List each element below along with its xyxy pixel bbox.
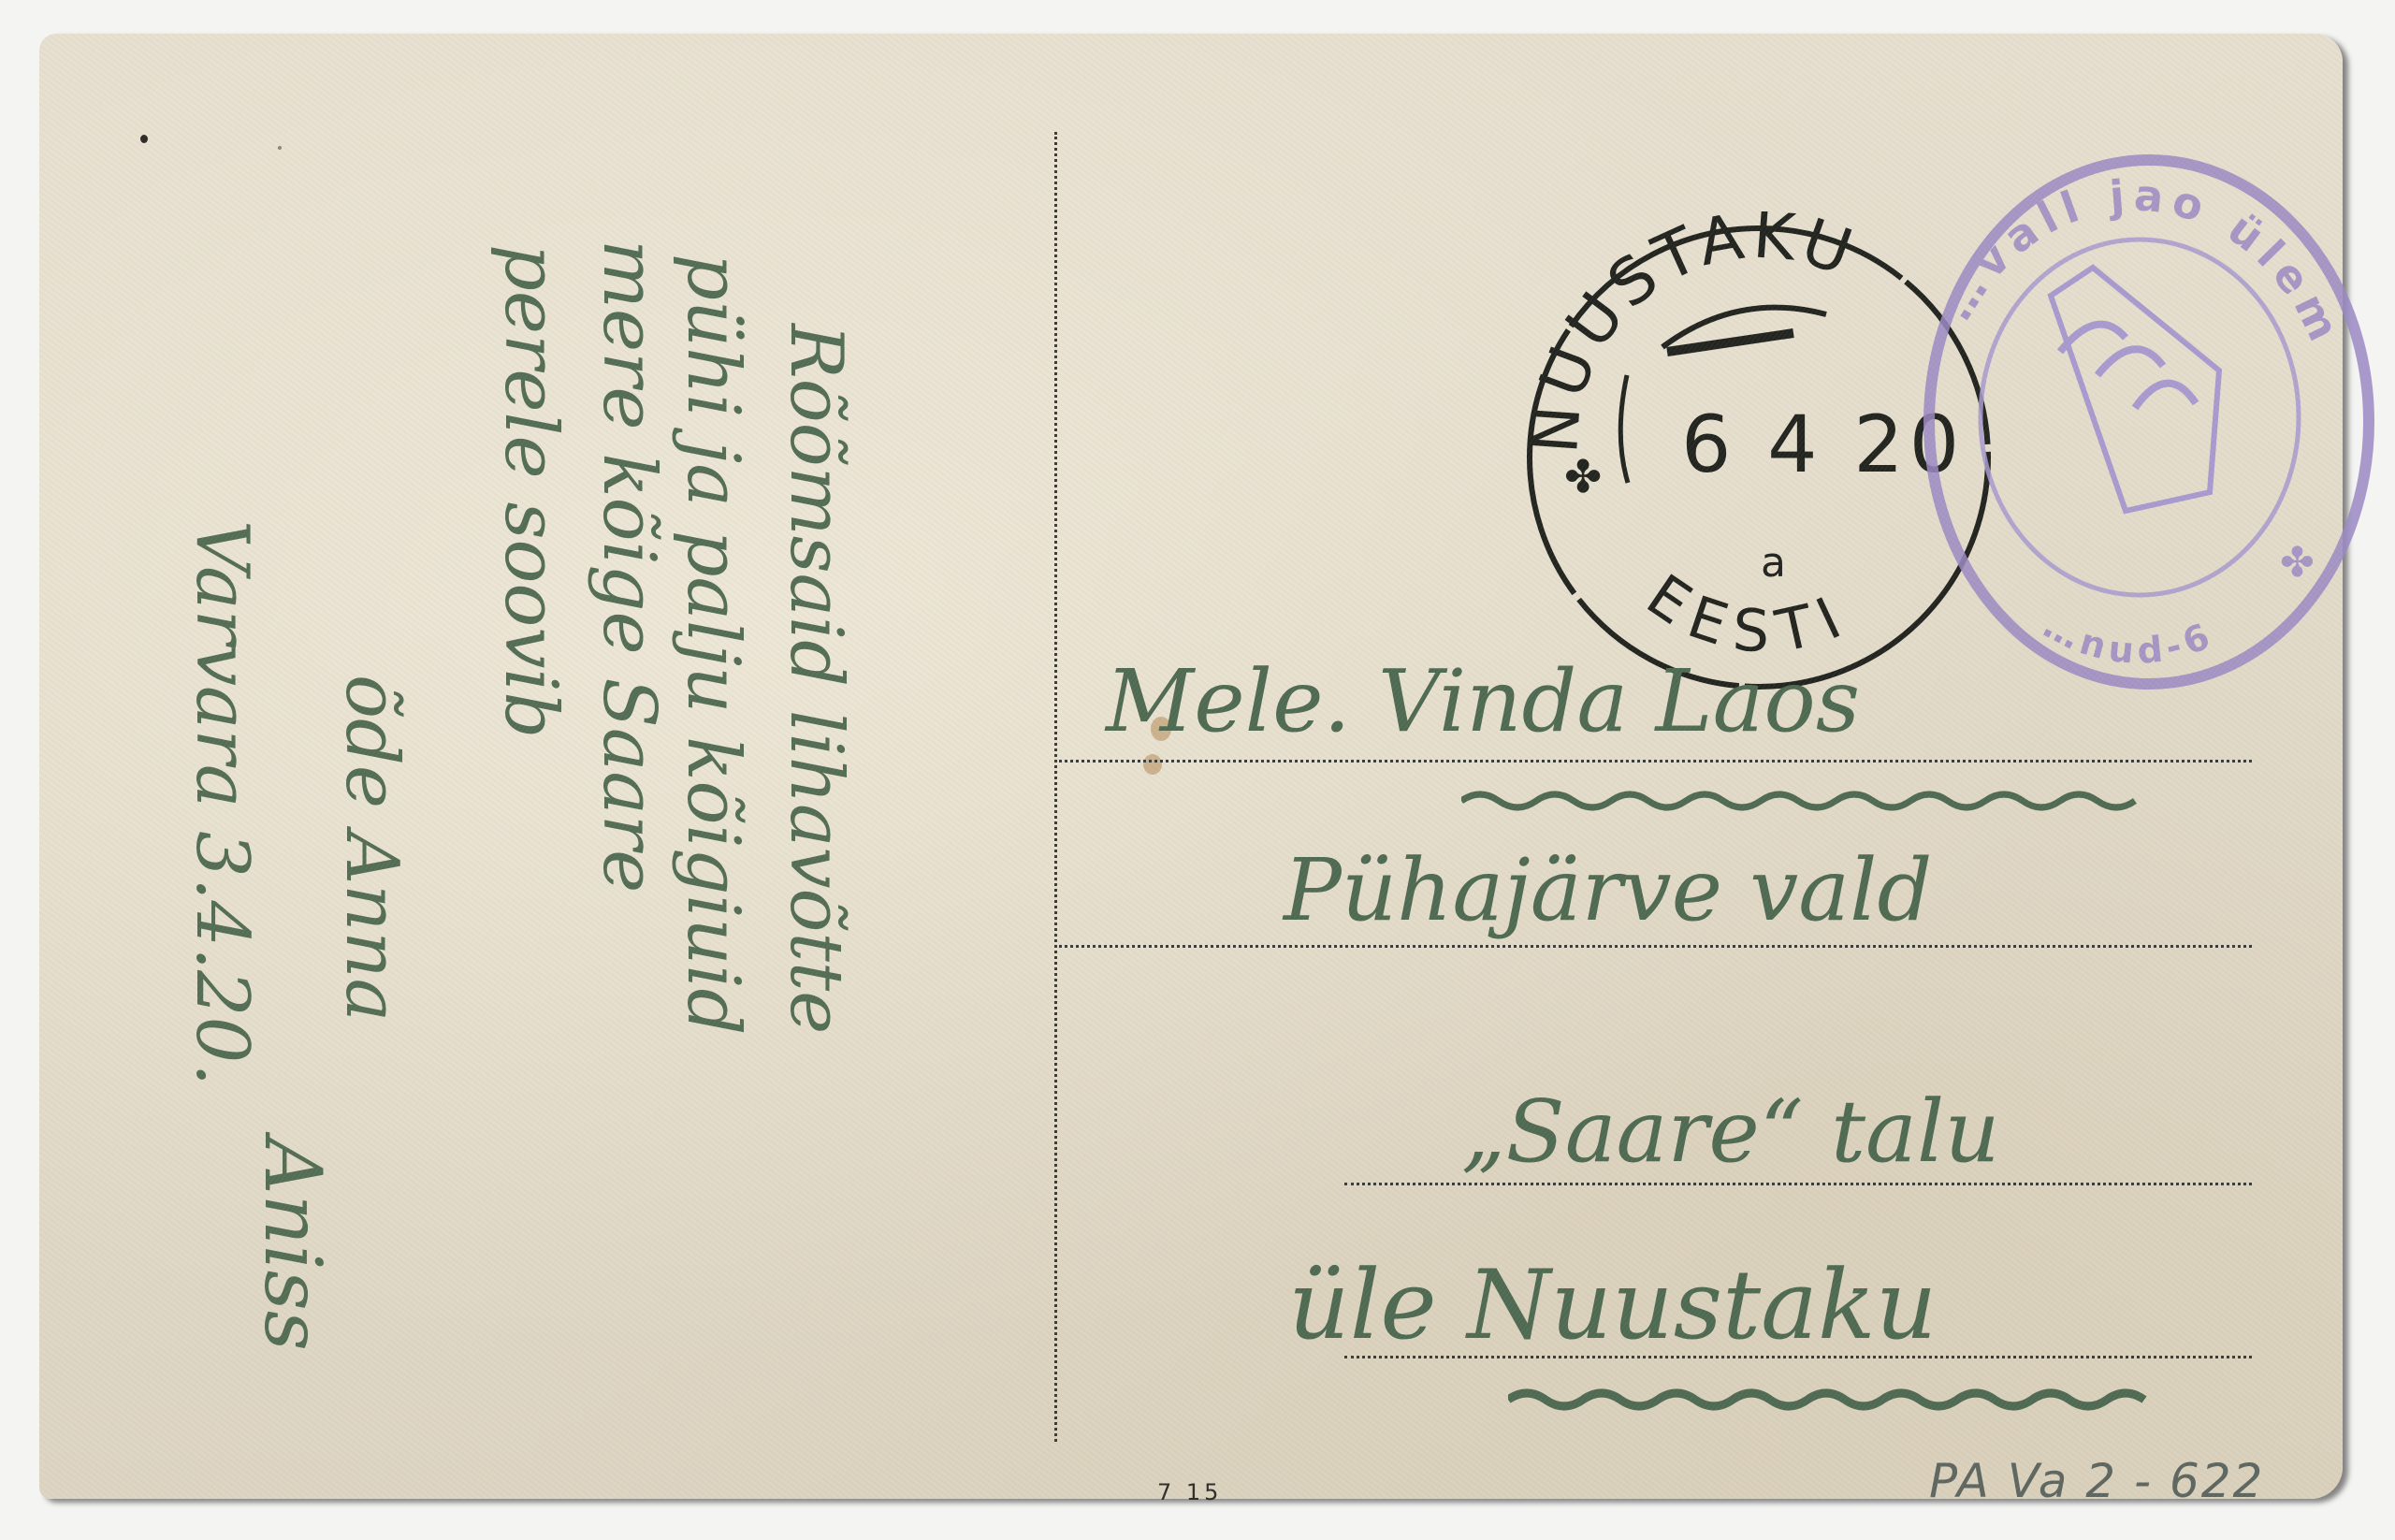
message-place-date: Varvara 3.4.20. xyxy=(180,520,264,1086)
svg-text:…vall jao ülem: …vall jao ülem xyxy=(1932,169,2353,355)
message-line-5: õde Anna xyxy=(329,675,414,1022)
message-line-1: Rõõmsaid lihavõtte xyxy=(774,324,858,1034)
postcard: NUUSTAKU EESTI 6 4 20 a ✤ …vall jao ülem… xyxy=(39,34,2343,1499)
coat-of-arms-icon xyxy=(2051,268,2219,511)
message-line-3: mere kõige Saare xyxy=(587,240,671,893)
violet-stamp-top-text: …vall jao ülem xyxy=(1932,169,2353,355)
star-icon: ✤ xyxy=(2280,539,2315,587)
address-farm: „Saare“ talu xyxy=(1461,1082,2000,1182)
address-line-2 xyxy=(1059,945,2252,948)
underline-squiggle xyxy=(1508,1372,2163,1428)
message-signature: Aniss xyxy=(247,1138,339,1351)
violet-military-stamp: …vall jao ülem …nud-6 ✤ xyxy=(1910,137,2378,707)
address-name: Mele. Vinda Laos xyxy=(1106,651,1860,751)
message-line-2: pühi ja palju kõigiuid xyxy=(671,254,755,1035)
address-municipality: Pühajärve vald xyxy=(1284,840,1932,940)
underline-squiggle xyxy=(1461,773,2172,829)
print-code: 7 15 xyxy=(1157,1479,1222,1505)
ink-speck xyxy=(140,135,148,143)
postmark-series: a xyxy=(1761,539,1786,587)
center-divider xyxy=(1054,132,1057,1442)
foxing-stain xyxy=(1143,754,1162,775)
address-post-office: üle Nuustaku xyxy=(1288,1250,1937,1361)
address-line-3 xyxy=(1344,1183,2252,1185)
ink-speck xyxy=(278,146,282,150)
message-line-4: perele soovib xyxy=(488,244,573,738)
address-line-1 xyxy=(1059,760,2252,763)
archive-reference: PA Va 2 - 622 xyxy=(1929,1454,2264,1508)
fleuron-icon: ✤ xyxy=(1564,451,1602,503)
